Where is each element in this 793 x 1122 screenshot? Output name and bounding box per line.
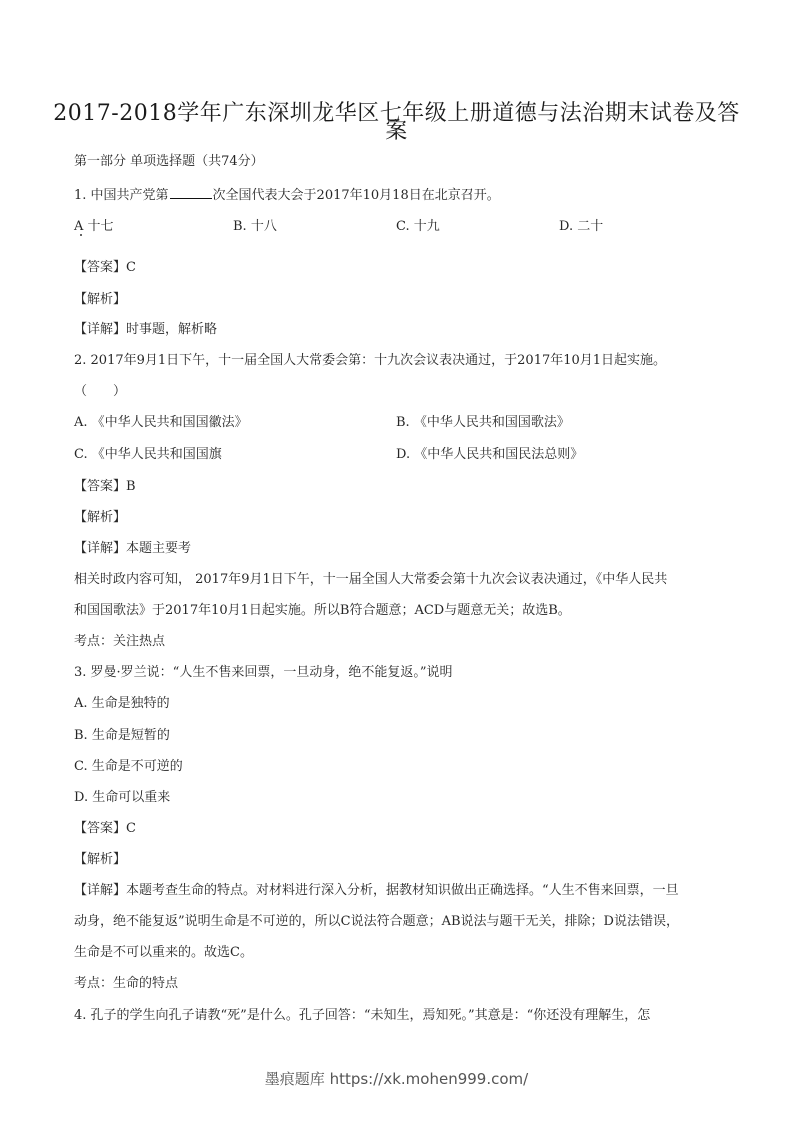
question-3-analysis-label: 【解析】 [74,848,126,867]
question-1-stem-after: 次全国代表大会于2017年10月18日在北京召开。 [213,188,500,203]
question-2-paren: （ ） [74,380,126,399]
question-4-stem: 4. 孔子的学生向孔子请教“死”是什么。孔子回答：“未知生，焉知死。”其意是：“… [74,1004,650,1023]
question-3-option-d: D. 生命可以重来 [74,786,170,805]
question-3-answer: 【答案】C [74,817,136,836]
exam-page: 2017-2018学年广东深圳龙华区七年级上册道德与法治期末试卷及答 案 第一部… [0,0,793,1122]
question-3-option-b: B. 生命是短暂的 [74,724,170,743]
question-2-explanation-1: 相关时政内容可知， 2017年9月1日下午，十一届全国人大常委会第十九次会议表决… [74,568,667,587]
question-2-detail: 【详解】本题主要考 [74,537,191,556]
question-2-option-d: D. 《中华人民共和国民法总则》 [396,443,583,462]
question-1-option-b: B. 十八 [233,215,277,234]
question-3-detail-1: 【详解】本题考查生命的特点。对材料进行深入分析，据教材知识做出正确选择。“人生不… [74,879,679,898]
question-2-option-a: A. 《中华人民共和国国徽法》 [74,411,248,430]
question-1-stem-before: 1. 中国共产党第 [74,188,169,203]
question-2-analysis-label: 【解析】 [74,506,126,525]
question-1-option-a: A 十七 [74,215,114,234]
question-3-detail-2: 动身，绝不能复返”说明生命是不可逆的，所以C说法符合题意；AB说法与题干无关，排… [74,910,679,929]
question-3-option-c: C. 生命是不可逆的 [74,755,183,774]
question-1-option-d: D. 二十 [559,215,603,234]
question-3-option-a: A. 生命是独特的 [74,692,170,711]
question-1-analysis-label: 【解析】 [74,288,126,307]
question-2-answer: 【答案】B [74,475,136,494]
question-1-detail: 【详解】时事题，解析略 [74,318,217,337]
question-3-detail-3: 生命是不可以重来的。故选C。 [74,941,253,960]
question-1-answer: 【答案】C [74,256,136,275]
question-3-stem: 3. 罗曼·罗兰说：“人生不售来回票，一旦动身，绝不能复返。”说明 [74,661,452,680]
question-2-explanation-2: 和国国歌法》于2017年10月1日起实施。所以B符合题意；ACD与题意无关；故选… [74,599,571,618]
question-1-option-c: C. 十九 [396,215,440,234]
footer-watermark: 墨痕题库 https://xk.mohen999.com/ [0,1068,793,1089]
question-2-option-c: C. 《中华人民共和国国旗 [74,443,222,462]
question-1-stem: 1. 中国共产党第次全国代表大会于2017年10月18日在北京召开。 [74,184,500,203]
fill-in-blank [170,186,212,199]
question-3-kaodian: 考点：生命的特点 [74,972,178,991]
document-title-line2: 案 [0,114,793,145]
question-2-kaodian: 考点：关注热点 [74,630,165,649]
section-heading: 第一部分 单项选择题（共74分） [74,150,264,169]
stray-mark [80,234,82,236]
question-2-option-b: B. 《中华人民共和国国歌法》 [396,411,570,430]
question-2-stem: 2. 2017年9月1日下午，十一届全国人大常委会第：十九次会议表决通过，于20… [74,349,666,368]
